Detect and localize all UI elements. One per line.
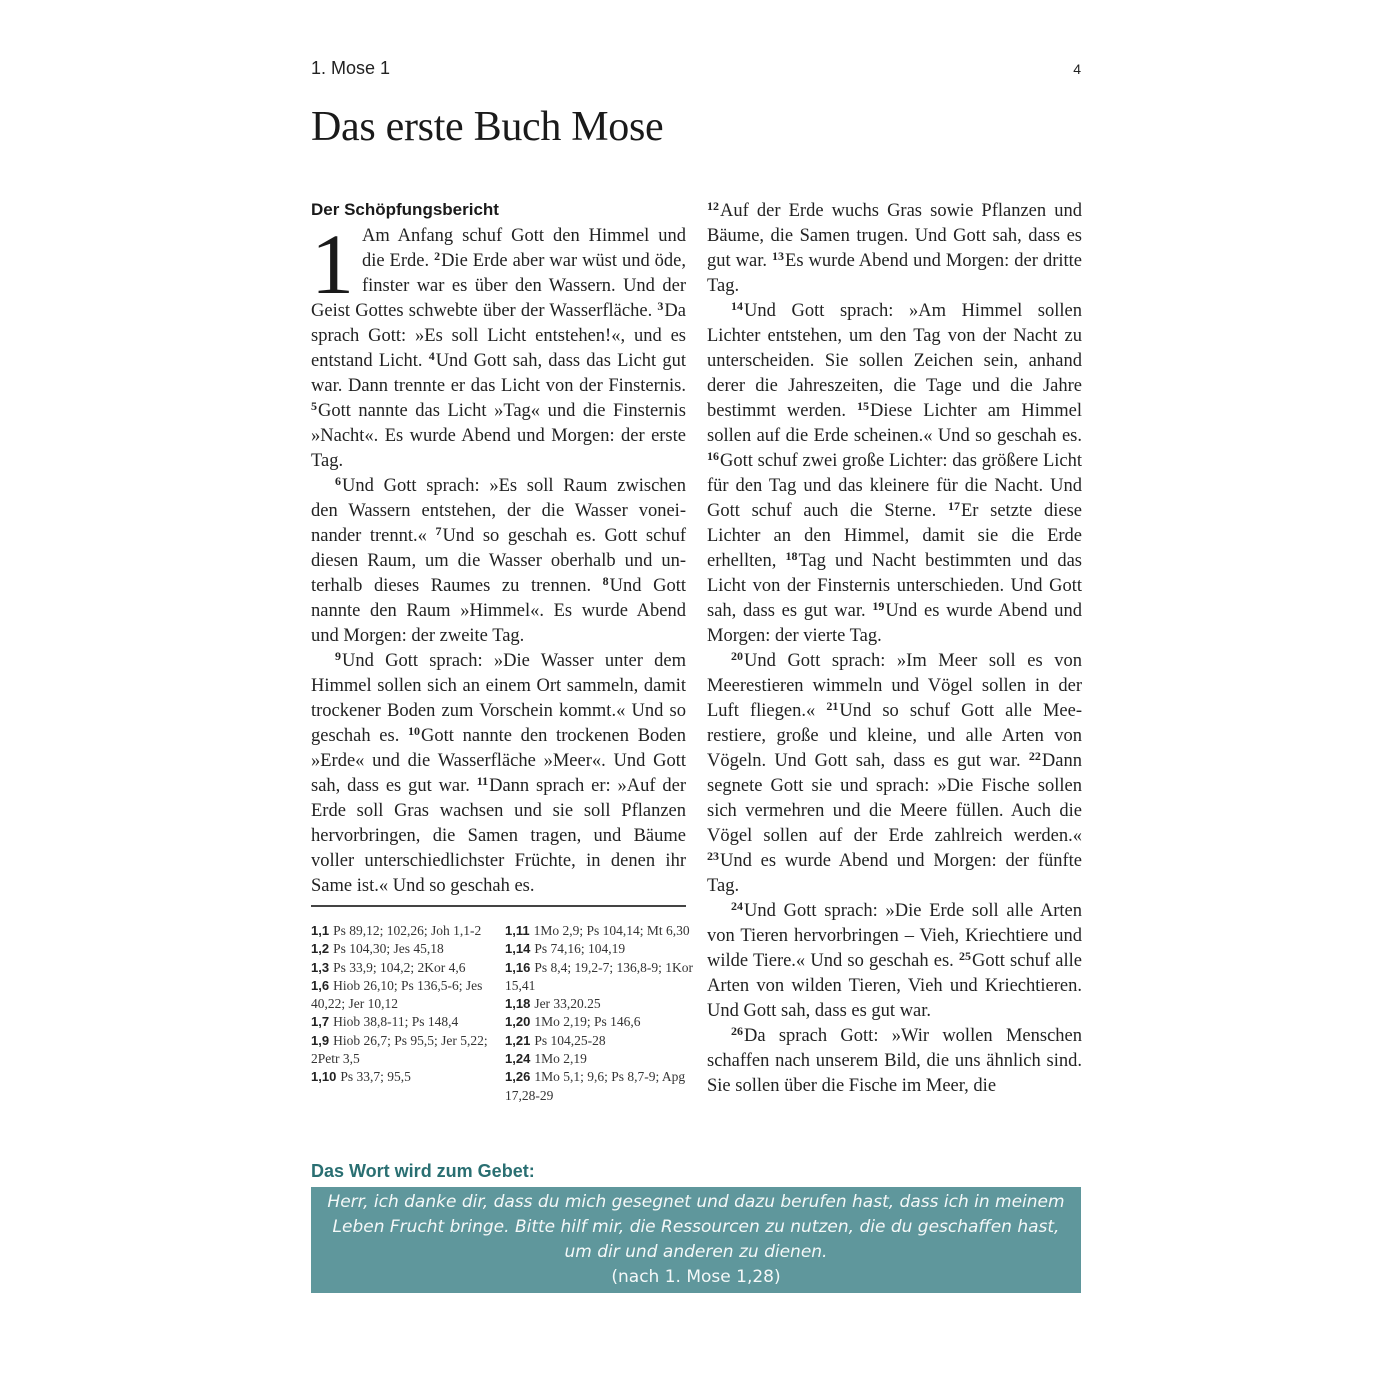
chapter-number: 1 <box>311 230 354 298</box>
verse-ref: 1,11 <box>505 923 530 938</box>
paragraph: 1 Am Anfang schuf Gott den Himmel und di… <box>311 224 686 474</box>
prayer-source: (nach 1. Mose 1,28) <box>311 1265 1081 1290</box>
footnote-column-left: 1,1Ps 89,12; 102,26; Joh 1,1-21,2Ps 104,… <box>311 922 501 1087</box>
verse-ref: 1,20 <box>505 1014 530 1029</box>
verse-ref: 1,18 <box>505 996 530 1011</box>
verse-number: 18 <box>785 549 797 563</box>
ref-text: Ps 104,30; Jes 45,18 <box>333 941 444 956</box>
verse-number: 23 <box>707 849 719 863</box>
paragraph: 20Und Gott sprach: »Im Meer soll es von … <box>707 649 1082 899</box>
ref-text: Hiob 26,7; Ps 95,5; Jer 5,22; 2Petr 3,5 <box>311 1033 488 1066</box>
verse-number: 21 <box>826 699 838 713</box>
verse-number: 3 <box>657 299 663 313</box>
ref-text: Jer 33,20.25 <box>534 996 600 1011</box>
cross-reference: 1,14Ps 74,16; 104,19 <box>505 940 695 958</box>
footnote-column-right: 1,111Mo 2,9; Ps 104,14; Mt 6,301,14Ps 74… <box>505 922 695 1105</box>
paragraph: 12Auf der Erde wuchs Gras sowie Pflanzen… <box>707 199 1082 299</box>
cross-reference: 1,241Mo 2,19 <box>505 1050 695 1068</box>
verse-number: 16 <box>707 449 719 463</box>
ref-text: Ps 8,4; 19,2-7; 136,8-9; 1Kor 15,41 <box>505 960 693 993</box>
ref-text: Ps 89,12; 102,26; Joh 1,1-2 <box>333 923 481 938</box>
verse-number: 26 <box>731 1024 743 1038</box>
cross-reference: 1,1Ps 89,12; 102,26; Joh 1,1-2 <box>311 922 501 940</box>
ref-text: Ps 74,16; 104,19 <box>534 941 625 956</box>
verse-ref: 1,21 <box>505 1033 530 1048</box>
verse-ref: 1,14 <box>505 941 530 956</box>
footnote-divider <box>311 905 686 907</box>
ref-text: Hiob 26,10; Ps 136,5-6; Jes 40,22; Jer 1… <box>311 978 482 1011</box>
ref-text: 1Mo 2,19 <box>534 1051 587 1066</box>
paragraph: 6Und Gott sprach: »Es soll Raum zwischen… <box>311 474 686 649</box>
verse-number: 12 <box>707 199 719 213</box>
verse-number: 20 <box>731 649 743 663</box>
verse-number: 8 <box>603 574 609 588</box>
verse-number: 6 <box>335 474 341 488</box>
verse-number: 11 <box>477 774 488 788</box>
verse-ref: 1,6 <box>311 978 329 993</box>
ref-text: 1Mo 2,19; Ps 146,6 <box>534 1014 640 1029</box>
verse-ref: 1,24 <box>505 1051 530 1066</box>
ref-text: Hiob 38,8-11; Ps 148,4 <box>333 1014 458 1029</box>
ref-text: Ps 33,9; 104,2; 2Kor 4,6 <box>333 960 465 975</box>
page-number: 4 <box>1073 61 1081 77</box>
cross-reference: 1,261Mo 5,1; 9,6; Ps 8,7-9; Apg 17,28-29 <box>505 1068 695 1105</box>
cross-reference: 1,21Ps 104,25-28 <box>505 1032 695 1050</box>
verse-number: 5 <box>311 399 317 413</box>
cross-reference: 1,18Jer 33,20.25 <box>505 995 695 1013</box>
verse-number: 15 <box>857 399 869 413</box>
cross-reference: 1,111Mo 2,9; Ps 104,14; Mt 6,30 <box>505 922 695 940</box>
prayer-heading: Das Wort wird zum Gebet: <box>311 1161 535 1182</box>
cross-reference: 1,10Ps 33,7; 95,5 <box>311 1068 501 1086</box>
cross-reference: 1,201Mo 2,19; Ps 146,6 <box>505 1013 695 1031</box>
verse-number: 22 <box>1029 749 1041 763</box>
section-heading: Der Schöpfungsbericht <box>311 199 686 221</box>
cross-reference: 1,9Hiob 26,7; Ps 95,5; Jer 5,22; 2Petr 3… <box>311 1032 501 1069</box>
verse-number: 17 <box>948 499 960 513</box>
text-column-left: Der Schöpfungsbericht 1 Am Anfang schuf … <box>311 199 686 899</box>
bible-page: 1. Mose 1 4 Das erste Buch Mose Der Schö… <box>311 0 1081 1400</box>
cross-reference: 1,16Ps 8,4; 19,2-7; 136,8-9; 1Kor 15,41 <box>505 959 695 996</box>
paragraph: 14Und Gott sprach: »Am Himmel sollen Lic… <box>707 299 1082 649</box>
verse-text: Und es wurde Abend und Morgen: der fünft… <box>707 851 1082 896</box>
ref-text: 1Mo 2,9; Ps 104,14; Mt 6,30 <box>534 923 690 938</box>
paragraph: 24Und Gott sprach: »Die Erde soll alle A… <box>707 899 1082 1024</box>
verse-number: 2 <box>434 249 440 263</box>
verse-ref: 1,2 <box>311 941 329 956</box>
paragraph: 9Und Gott sprach: »Die Wasser unter dem … <box>311 649 686 899</box>
cross-reference: 1,3Ps 33,9; 104,2; 2Kor 4,6 <box>311 959 501 977</box>
prayer-box: Herr, ich danke dir, dass du mich gesegn… <box>311 1187 1081 1293</box>
verse-ref: 1,1 <box>311 923 329 938</box>
verse-number: 25 <box>959 949 971 963</box>
cross-reference: 1,2Ps 104,30; Jes 45,18 <box>311 940 501 958</box>
verse-ref: 1,7 <box>311 1014 329 1029</box>
running-head: 1. Mose 1 <box>311 58 390 79</box>
book-title: Das erste Buch Mose <box>311 103 663 151</box>
verse-number: 7 <box>435 524 441 538</box>
verse-number: 24 <box>731 899 743 913</box>
verse-number: 14 <box>731 299 743 313</box>
verse-ref: 1,26 <box>505 1069 530 1084</box>
verse-ref: 1,16 <box>505 960 530 975</box>
ref-text: Ps 33,7; 95,5 <box>340 1069 411 1084</box>
prayer-text: Herr, ich danke dir, dass du mich gesegn… <box>311 1190 1081 1265</box>
verse-ref: 1,10 <box>311 1069 336 1084</box>
verse-number: 4 <box>429 349 435 363</box>
ref-text: 1Mo 5,1; 9,6; Ps 8,7-9; Apg 17,28-29 <box>505 1069 685 1102</box>
cross-reference: 1,6Hiob 26,10; Ps 136,5-6; Jes 40,22; Je… <box>311 977 501 1014</box>
verse-number: 19 <box>872 599 884 613</box>
verse-ref: 1,3 <box>311 960 329 975</box>
paragraph: 26Da sprach Gott: »Wir wollen Menschen s… <box>707 1024 1082 1099</box>
verse-number: 10 <box>408 724 420 738</box>
verse-number: 13 <box>772 249 784 263</box>
verse-number: 9 <box>335 649 341 663</box>
cross-reference: 1,7Hiob 38,8-11; Ps 148,4 <box>311 1013 501 1031</box>
text-column-right: 12Auf der Erde wuchs Gras sowie Pflanzen… <box>707 199 1082 1099</box>
verse-text: Da sprach Gott: »Wir wollen Menschen sch… <box>707 1026 1082 1096</box>
ref-text: Ps 104,25-28 <box>534 1033 605 1048</box>
verse-ref: 1,9 <box>311 1033 329 1048</box>
verse-text: Gott nannte das Licht »Tag« und die Fins… <box>311 401 686 471</box>
